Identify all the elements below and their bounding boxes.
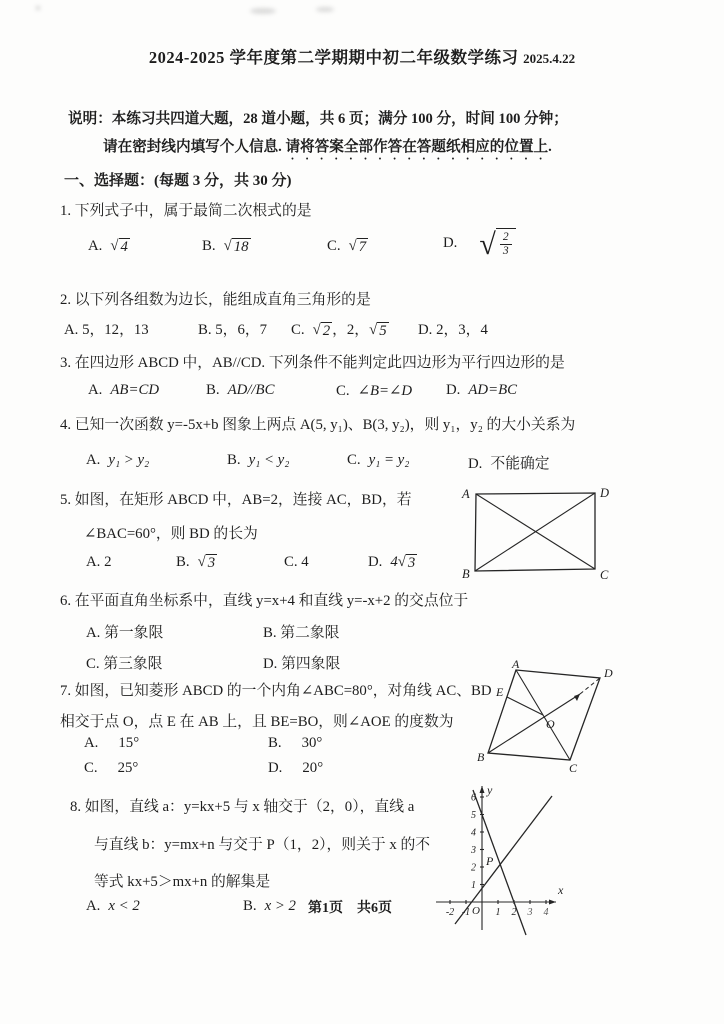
q2-option-c-radicand-1: 2 (321, 322, 332, 340)
q5-option-b-label: B. (176, 554, 190, 570)
y-axis-arrow (480, 786, 485, 793)
radical-sign: √ (479, 231, 495, 258)
q7-option-d-label: D. (268, 760, 282, 776)
q7-rhombus-figure: A D B C E O (476, 660, 618, 774)
q1-option-a-label: A. (88, 238, 102, 254)
q7-option-a-label: A. (84, 735, 98, 751)
q6-option-d: D. 第四象限 (263, 652, 340, 673)
q5-option-d-radicand: 3 (406, 554, 417, 572)
x-tick-label-4: 4 (544, 907, 549, 918)
q3-option-b-math: AD//BC (228, 382, 275, 398)
section-1-heading: 一、选择题：(每题 3 分，共 30 分) (64, 169, 292, 190)
vertex-label-b: B (462, 567, 470, 581)
q4-option-c-math: y₁ = y₂ (369, 452, 410, 468)
scan-artifact (36, 6, 40, 10)
q4-option-a-math: y₁ > y₂ (108, 452, 149, 468)
q3-stem: 3. 在四边形 ABCD 中，AB//CD. 下列条件不能判定此四边形为平行四边… (60, 351, 565, 372)
q7-option-a: A.15° (84, 735, 139, 752)
arrowhead (574, 694, 580, 701)
q3-option-d-math: AD=BC (468, 382, 517, 398)
q7-option-b-label: B. (268, 735, 282, 751)
q1-option-d-label: D. (443, 235, 457, 252)
page-title: 2024-2025 学年度第二学期期中初二年级数学练习 2025.4.22 (0, 44, 724, 68)
radical-sign: √ (313, 322, 321, 339)
q5-option-d: D.4√3 (368, 554, 417, 572)
q1-option-c-label: C. (327, 238, 341, 254)
q7-option-b-value: 30° (302, 735, 323, 751)
q4-option-b-label: B. (227, 452, 241, 468)
radical-sign: √ (224, 238, 232, 255)
diagonal-bd (488, 694, 580, 753)
vertex-label-d: D (603, 666, 613, 680)
point-label-o: O (546, 717, 555, 731)
q1-option-d: D.√23 (443, 228, 516, 258)
q1-option-c-radicand: 7 (357, 238, 368, 256)
q5-stem-line-2: ∠BAC=60°，则 BD 的长为 (84, 522, 258, 543)
point-label-p: P (485, 854, 494, 868)
q7-option-a-value: 15° (118, 735, 139, 751)
q1-option-c: C.√7 (327, 238, 368, 256)
q3-option-a-label: A. (88, 382, 102, 398)
q6-option-c: C. 第三象限 (86, 652, 162, 673)
q3-option-b: B.AD//BC (206, 382, 274, 399)
rhombus-outline (488, 670, 600, 760)
q4-option-a-label: A. (86, 452, 100, 468)
q4-option-b: B.y₁ < y₂ (227, 452, 289, 469)
q4-option-d: D.不能确定 (468, 452, 550, 473)
q8-stem-line-2: 与直线 b：y=mx+n 与交于 P（1，2），则关于 x 的不 (94, 833, 430, 854)
page-footer: 第1页 共6页 (240, 897, 460, 917)
q6-option-b: B. 第二象限 (263, 621, 339, 642)
q5-option-c: C. 4 (284, 554, 309, 571)
q2-option-d: D. 2，3，4 (418, 318, 488, 339)
scan-artifact (316, 7, 334, 12)
q1-option-d-numerator: 2 (500, 231, 512, 245)
line-b (455, 796, 552, 924)
q1-option-a-radicand: 4 (119, 238, 130, 256)
q6-stem: 6. 在平面直角坐标系中，直线 y=x+4 和直线 y=-x+2 的交点位于 (60, 589, 468, 610)
q3-option-a: A.AB=CD (88, 382, 159, 399)
vertex-label-a: A (511, 657, 520, 671)
q5-option-d-label: D. (368, 554, 382, 570)
q5-option-d-coefficient: 4 (390, 554, 397, 570)
exam-date: 2025.4.22 (523, 51, 575, 66)
q8-option-a: A.x < 2 (86, 898, 140, 915)
q3-option-c-label: C. (336, 383, 350, 399)
x-axis-label: x (557, 883, 564, 897)
q3-option-b-label: B. (206, 382, 220, 398)
radical-sign: √ (369, 322, 377, 339)
q4-option-d-text: 不能确定 (490, 456, 549, 472)
q5-option-a: A. 2 (86, 554, 111, 571)
q2-stem: 2. 以下列各组数为边长，能组成直角三角形的是 (60, 288, 371, 309)
q7-option-d-value: 20° (302, 760, 323, 776)
q7-option-c: C.25° (84, 760, 138, 777)
q3-option-c-math: ∠B=∠D (358, 383, 413, 399)
q4-option-c: C.y₁ = y₂ (347, 452, 409, 469)
y-axis-label: y (486, 783, 493, 797)
q2-option-c: C.√2，2，√5 (291, 318, 389, 340)
origin-label: O (472, 905, 480, 917)
q2-option-c-middle: ，2， (332, 322, 369, 338)
vertex-label-c: C (600, 568, 609, 582)
q7-option-c-value: 25° (118, 760, 139, 776)
q1-option-b-label: B. (202, 238, 216, 254)
vertex-label-d: D (599, 486, 609, 500)
q5-option-b-radicand: 3 (206, 554, 217, 572)
notice-line-2-plain: 请在密封线内填写个人信息. (103, 139, 285, 155)
q8-stem-line-3: 等式 kx+5＞mx+n 的解集是 (94, 870, 270, 891)
x-tick-label-3: 3 (527, 907, 533, 918)
q3-option-d-label: D. (446, 382, 460, 398)
q4-stem: 4. 已知一次函数 y=-5x+b 图象上两点 A(5, y₁)、B(3, y₂… (60, 413, 575, 434)
scan-artifact (250, 8, 276, 14)
q1-stem: 1. 下列式子中，属于最简二次根式的是 (60, 199, 312, 220)
q4-option-d-label: D. (468, 456, 482, 472)
q1-option-a: A.√4 (88, 238, 130, 256)
q2-option-b: B. 5，6，7 (198, 318, 267, 339)
y-tick-label-4: 4 (471, 828, 476, 839)
vertex-label-a: A (461, 487, 470, 501)
q5-option-b: B.√3 (176, 554, 217, 572)
q1-option-b-radicand: 18 (232, 238, 251, 256)
y-tick-label-3: 3 (470, 845, 476, 856)
q4-option-a: A.y₁ > y₂ (86, 452, 149, 469)
q8-stem-line-1: 8. 如图，直线 a：y=kx+5 与 x 轴交于（2，0），直线 a (70, 795, 414, 816)
x-axis-arrow (549, 900, 556, 905)
q2-option-c-label: C. (291, 322, 305, 338)
q7-stem-line-1: 7. 如图，已知菱形 ABCD 的一个内角∠ABC=80°，对角线 AC、BD (60, 679, 492, 700)
notice-line-2-emphasis: 请将答案全部作答在答题纸相应的位置上. (285, 139, 551, 155)
q6-option-a: A. 第一象限 (86, 621, 163, 642)
radical-sign: √ (398, 554, 406, 571)
q8-option-a-label: A. (86, 898, 100, 914)
q3-option-a-math: AB=CD (110, 382, 159, 398)
y-tick-label-2: 2 (471, 863, 476, 874)
q2-option-c-radicand-2: 5 (377, 322, 388, 340)
q5-stem-line-1: 5. 如图，在矩形 ABCD 中，AB=2，连接 AC，BD，若 (60, 488, 412, 509)
exam-title: 2024-2025 学年度第二学期期中初二年级数学练习 (149, 48, 519, 67)
q7-option-d: D.20° (268, 760, 323, 777)
q3-option-c: C.∠B=∠D (336, 382, 412, 400)
y-tick-label-5: 5 (471, 810, 476, 821)
q2-option-a: A. 5，12，13 (64, 318, 149, 339)
q5-rectangle-figure: A D B C (460, 483, 612, 583)
q7-option-c-label: C. (84, 760, 98, 776)
notice-line-1: 说明：本练习共四道大题，28 道小题，共 6 页；满分 100 分，时间 100… (68, 107, 568, 128)
point-label-e: E (495, 685, 504, 699)
q7-stem-line-2: 相交于点 O，点 E 在 AB 上，且 BE=BO，则∠AOE 的度数为 (60, 710, 454, 731)
q1-option-d-denominator: 3 (503, 245, 509, 258)
q4-option-c-label: C. (347, 452, 361, 468)
q3-option-d: D.AD=BC (446, 382, 517, 399)
q4-option-b-math: y₁ < y₂ (249, 452, 290, 468)
radical-sign: √ (198, 554, 206, 571)
q1-option-b: B.√18 (202, 238, 251, 256)
radical-sign: √ (110, 238, 118, 255)
notice-line-2: 请在密封线内填写个人信息. 请将答案全部作答在答题纸相应的位置上. (103, 135, 552, 163)
exam-page: 2024-2025 学年度第二学期期中初二年级数学练习 2025.4.22 说明… (0, 0, 724, 1024)
radical-sign: √ (349, 238, 357, 255)
q8-option-a-math: x < 2 (108, 898, 139, 914)
q7-option-b: B.30° (268, 735, 322, 752)
x-tick-label-1: 1 (496, 907, 501, 918)
y-tick-label-1: 1 (471, 880, 476, 891)
